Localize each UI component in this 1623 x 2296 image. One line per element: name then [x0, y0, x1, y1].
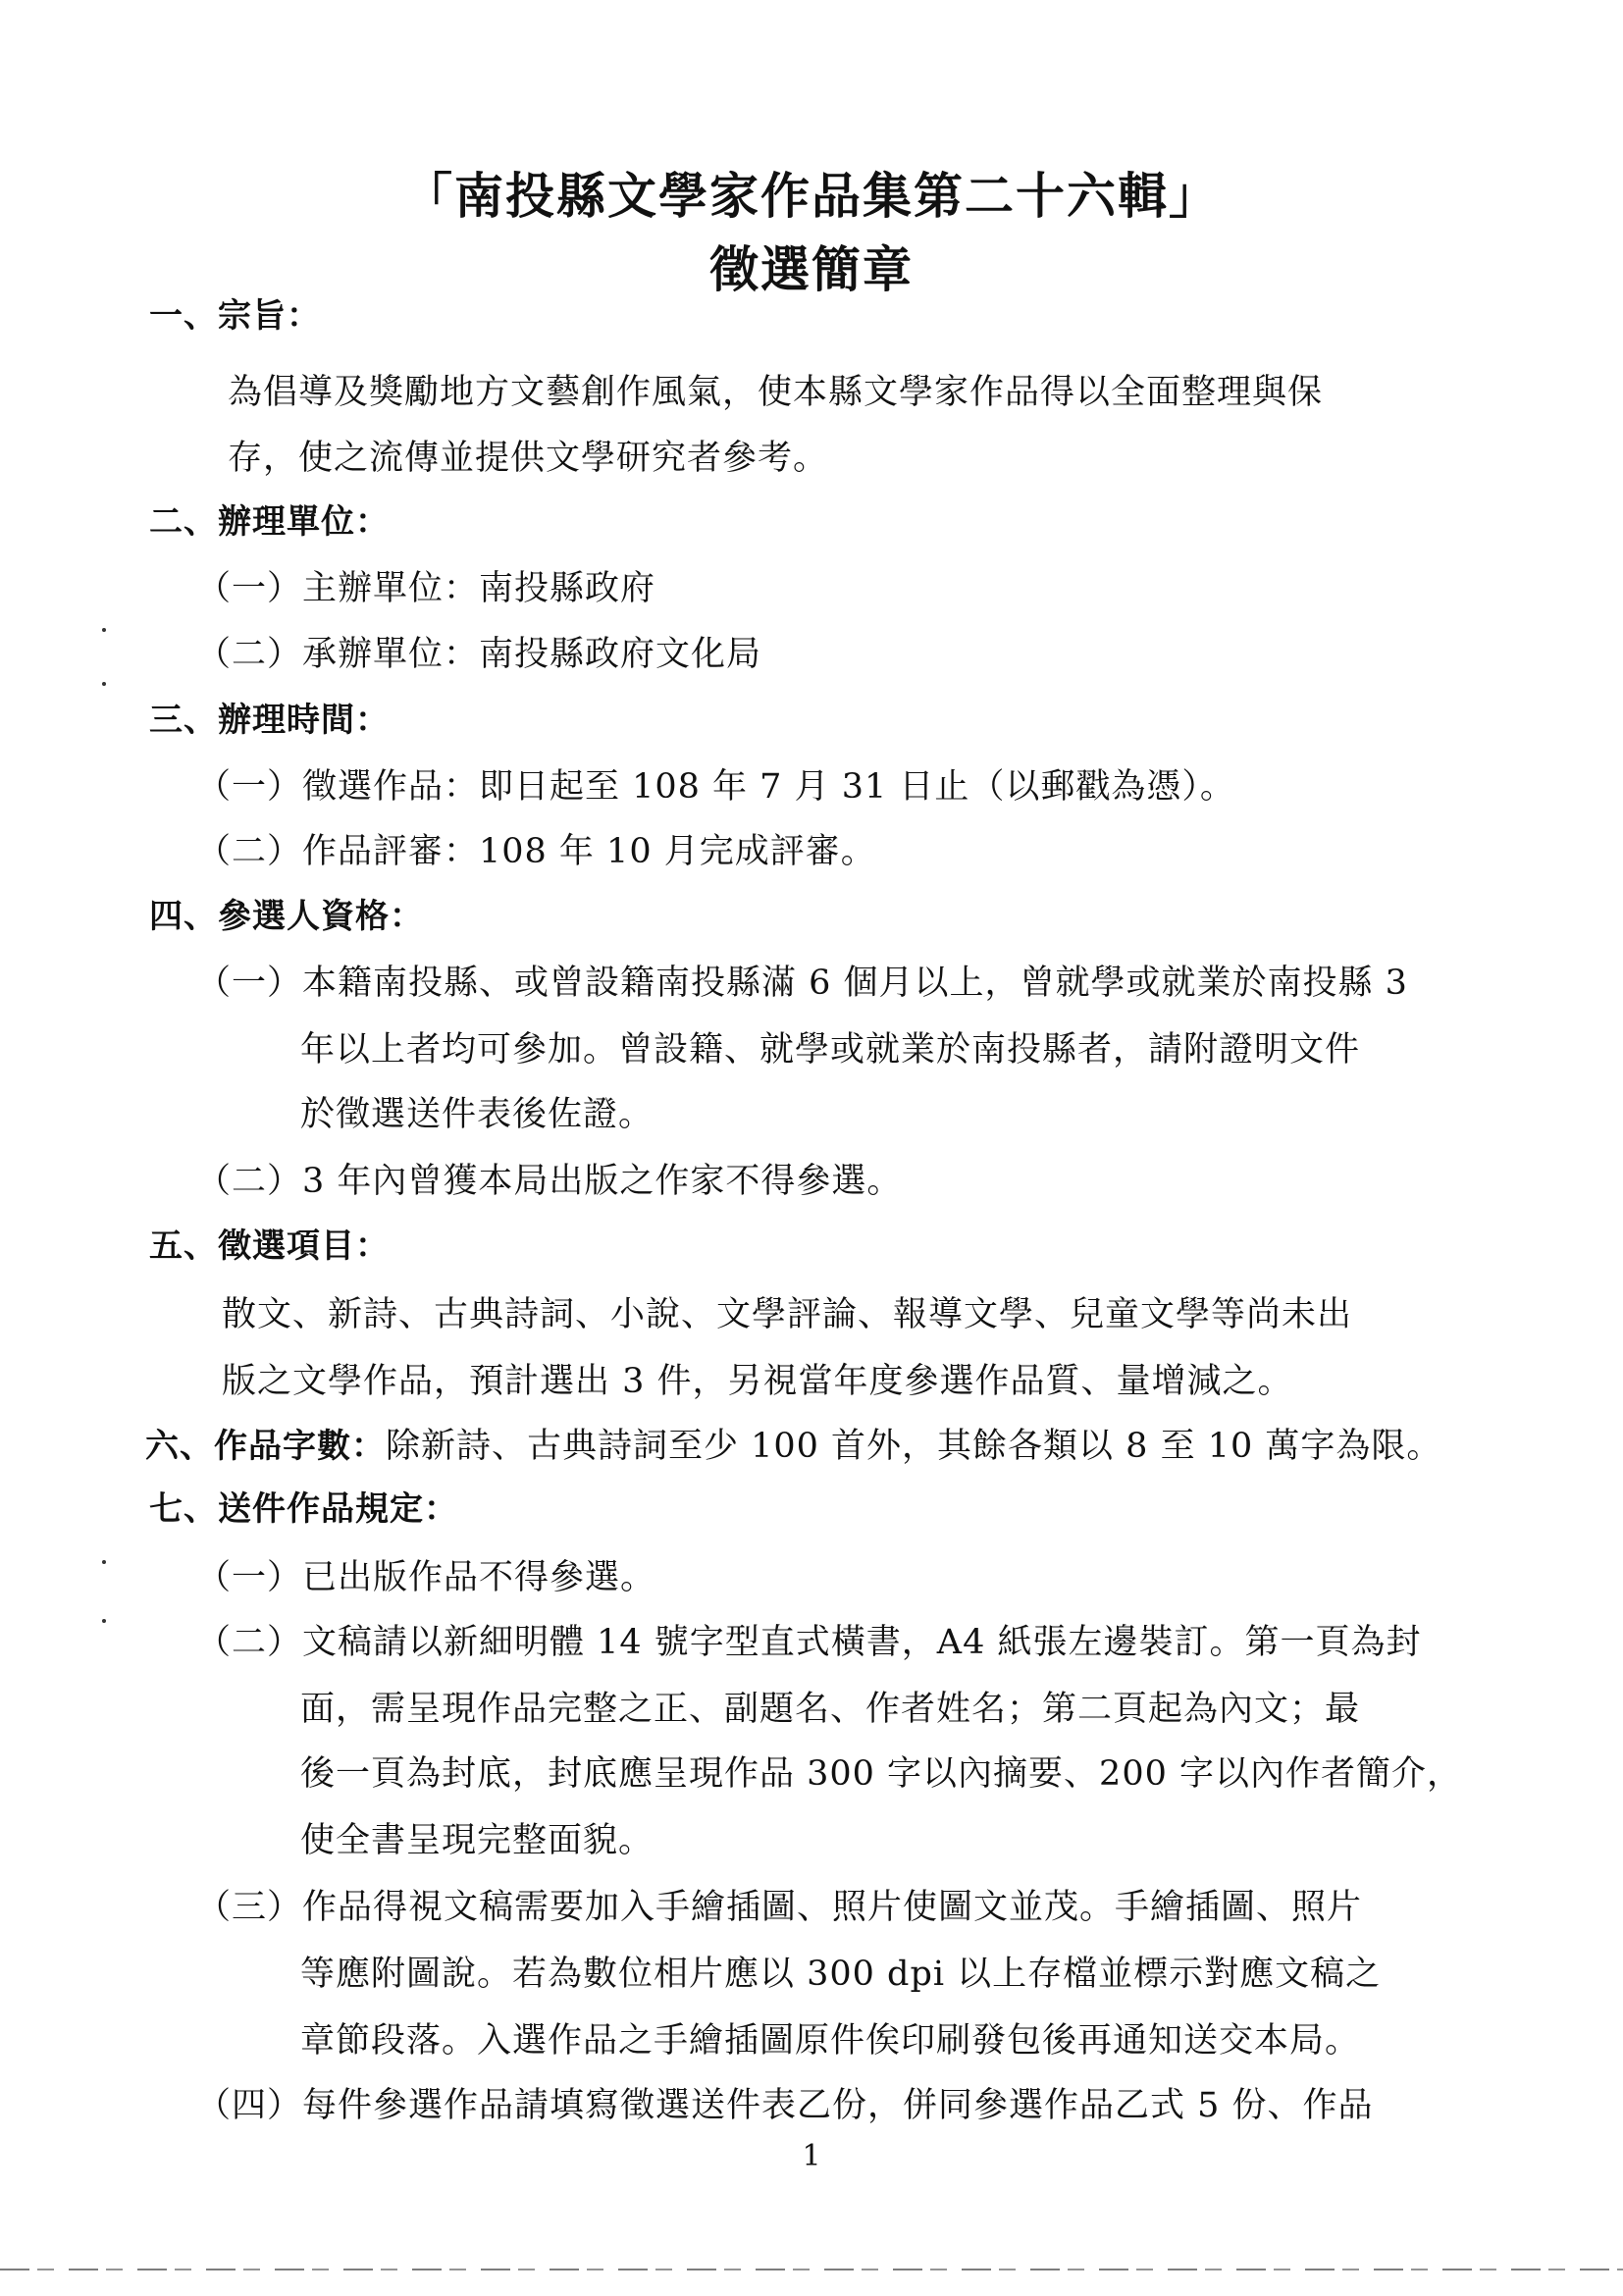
- list-item-continuation: 於徵選送件表後佐證。: [300, 1093, 654, 1136]
- list-item: （一）徵選作品：即日起至 108 年 7 月 31 日止（以郵戳為憑）。: [196, 765, 1235, 809]
- list-item: （二）3 年內曾獲本局出版之作家不得參選。: [196, 1160, 902, 1203]
- section-heading-submission-rules: 七、送件作品規定：: [149, 1487, 458, 1531]
- list-item: （一）已出版作品不得參選。: [196, 1556, 655, 1599]
- list-item-continuation: 面，需呈現作品完整之正、副題名、作者姓名；第二頁起為內文；最: [300, 1688, 1360, 1731]
- document-subtitle: 徵選簡章: [0, 231, 1623, 301]
- list-item: （一）主辦單位：南投縣政府: [196, 567, 655, 610]
- list-item-continuation: 章節段落。入選作品之手繪插圖原件俟印刷發包後再通知送交本局。: [300, 2019, 1360, 2062]
- document-title: 「南投縣文學家作品集第二十六輯」: [0, 157, 1623, 228]
- list-item: （二）承辦單位：南投縣政府文化局: [196, 633, 761, 676]
- scan-edge-line: [0, 2269, 1623, 2270]
- list-item: （三）作品得視文稿需要加入手繪插圖、照片使圖文並茂。手繪插圖、照片: [196, 1886, 1362, 1929]
- body-line: 存，使之流傳並提供文學研究者參考。: [228, 437, 828, 480]
- list-item: （一）本籍南投縣、或曾設籍南投縣滿 6 個月以上，曾就學或就業於南投縣 3: [196, 962, 1408, 1005]
- list-item: （四）每件參選作品請填寫徵選送件表乙份，併同參選作品乙式 5 份、作品: [196, 2084, 1374, 2127]
- section-heading-eligibility: 四、參選人資格：: [149, 895, 424, 938]
- section-heading-organizers: 二、辦理單位：: [149, 500, 390, 544]
- list-item-continuation: 使全書呈現完整面貌。: [300, 1819, 654, 1862]
- scan-speck: [102, 682, 106, 686]
- body-line: 散文、新詩、古典詩詞、小說、文學評論、報導文學、兒童文學等尚未出: [222, 1293, 1352, 1336]
- section-heading-purpose: 一、宗旨：: [149, 294, 321, 338]
- section-heading-word-count: 六、作品字數：除新詩、古典詩詞至少 100 首外，其餘各類以 8 至 10 萬字…: [145, 1425, 1441, 1468]
- section-heading-label: 六、作品字數：: [145, 1427, 386, 1466]
- list-item-continuation: 年以上者均可參加。曾設籍、就學或就業於南投縣者，請附證明文件: [300, 1028, 1360, 1071]
- body-line: 為倡導及獎勵地方文藝創作風氣，使本縣文學家作品得以全面整理與保: [228, 371, 1323, 414]
- scan-speck: [102, 1560, 106, 1564]
- scan-speck: [102, 628, 106, 632]
- list-item: （二）文稿請以新細明體 14 號字型直式橫書，A4 紙張左邊裝訂。第一頁為封: [196, 1621, 1421, 1664]
- list-item: （二）作品評審：108 年 10 月完成評審。: [196, 830, 876, 873]
- body-line: 版之文學作品，預計選出 3 件，另視當年度參選作品質、量增減之。: [222, 1360, 1293, 1403]
- section-heading-schedule: 三、辦理時間：: [149, 699, 390, 742]
- list-item-continuation: 後一頁為封底，封底應呈現作品 300 字以內摘要、200 字以內作者簡介，: [300, 1752, 1462, 1796]
- section-heading-categories: 五、徵選項目：: [149, 1225, 390, 1268]
- list-item-continuation: 等應附圖說。若為數位相片應以 300 dpi 以上存檔並標示對應文稿之: [300, 1953, 1381, 1996]
- scan-speck: [102, 1619, 106, 1623]
- page-number: 1: [0, 2139, 1623, 2173]
- section-inline-body: 除新詩、古典詩詞至少 100 首外，其餘各類以 8 至 10 萬字為限。: [386, 1427, 1441, 1466]
